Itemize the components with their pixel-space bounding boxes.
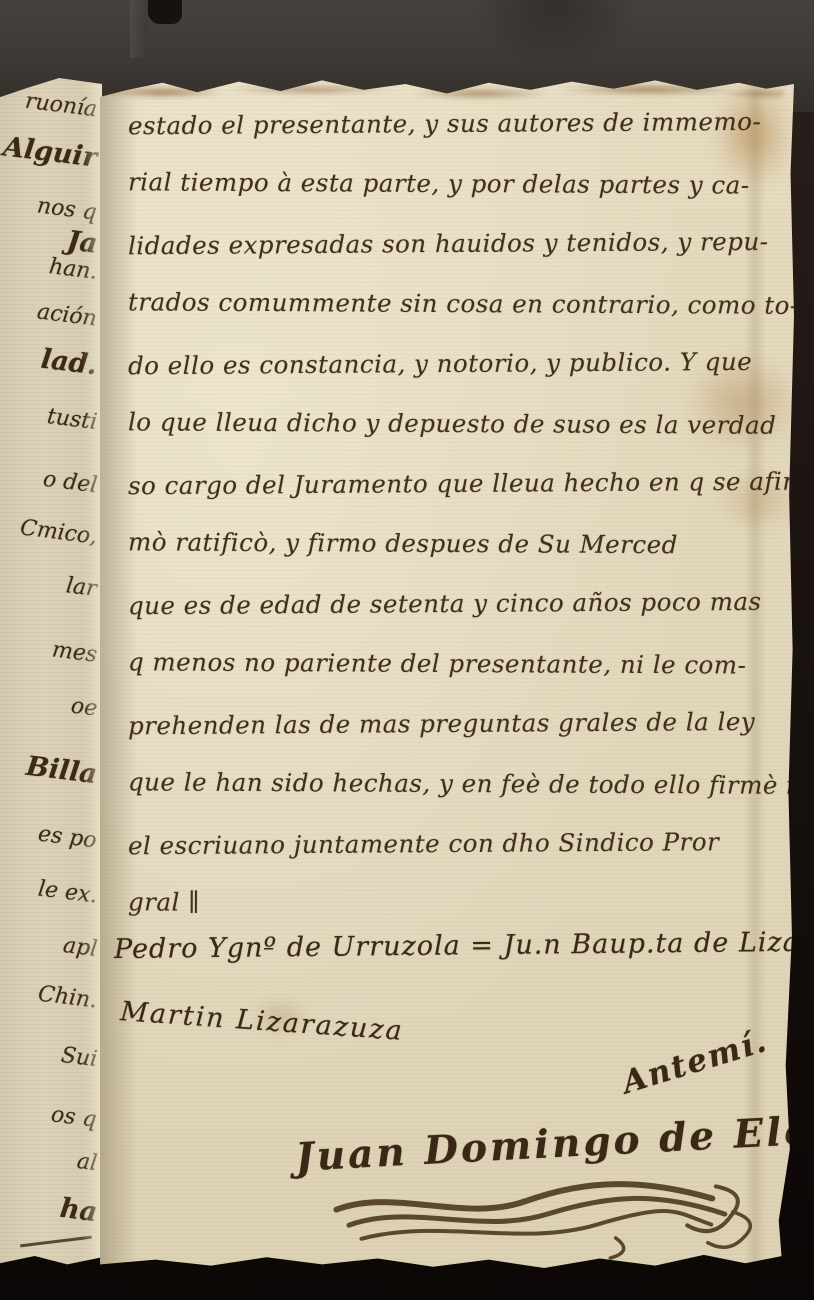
previous-page-edge: ruonía Alguir nos q Ja han. ación lad. t…	[0, 72, 102, 1268]
backdrop-shadow	[470, 0, 640, 70]
manuscript-line: so cargo del Juramento que lleua hecho e…	[128, 452, 776, 517]
manuscript-line: lo que lleua dicho y depuesto de suso es…	[128, 392, 776, 455]
body-text: estado el presentante, y sus autores de …	[128, 94, 776, 934]
manuscript-line: mò ratificò, y firmo despues de Su Merce…	[128, 512, 776, 575]
signature-flourish-drawing	[313, 1166, 796, 1278]
page-fold-highlight	[82, 72, 102, 1268]
manuscript-line: prehenden las de mas preguntas grales de…	[128, 692, 776, 757]
manuscript-line: rial tiempo à esta parte, y por delas pa…	[128, 152, 776, 215]
manuscript-line: trados comummente sin cosa en contrario,…	[128, 272, 776, 335]
manuscript-photo: ruonía Alguir nos q Ja han. ación lad. t…	[0, 0, 814, 1300]
manuscript-line: el escriuano juntamente con dho Sindico …	[128, 812, 776, 877]
manuscript-page: estado el presentante, y sus autores de …	[100, 78, 794, 1268]
manuscript-line: do ello es constancia, y notorio, y publ…	[128, 332, 776, 397]
manuscript-line: gral ∥	[128, 872, 776, 935]
stand-post	[130, 0, 148, 58]
manuscript-line: estado el presentante, y sus autores de …	[128, 92, 776, 157]
binder-clip	[148, 0, 182, 24]
manuscript-line: que es de edad de setenta y cinco años p…	[128, 572, 776, 637]
manuscript-line: que le han sido hechas, y en feè de todo…	[128, 752, 776, 815]
manuscript-line: lidades expresadas son hauidos y tenidos…	[128, 212, 776, 277]
manuscript-line: q menos no pariente del presentante, ni …	[128, 632, 776, 695]
